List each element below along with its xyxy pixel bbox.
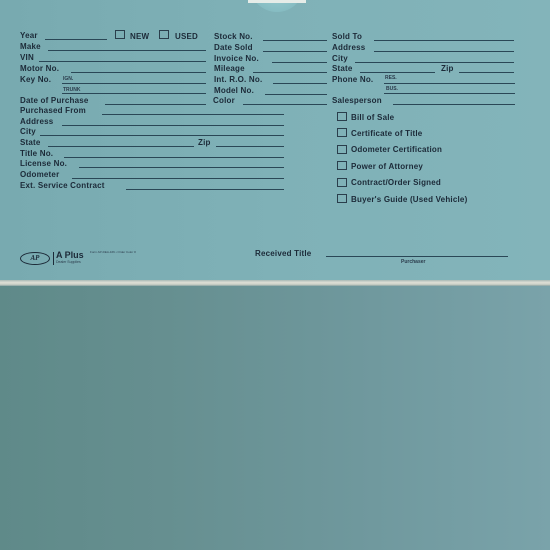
contract-order-signed-label: Contract/Order Signed — [351, 178, 441, 187]
certificate-of-title-checkbox[interactable] — [337, 128, 347, 137]
zip-label: Zip — [198, 138, 211, 147]
bill-of-sale-label: Bill of Sale — [351, 113, 394, 122]
buyer-address-label: Address — [332, 43, 365, 52]
color-field[interactable] — [243, 104, 327, 105]
stock-no-field[interactable] — [263, 40, 327, 41]
invoice-no-field[interactable] — [272, 62, 327, 63]
envelope-front-panel: Year NEW USED Make VIN Motor No. Key No.… — [0, 0, 550, 281]
buyer-state-label: State — [332, 64, 353, 73]
bus-label: BUS. — [386, 86, 398, 92]
stock-no-label: Stock No. — [214, 32, 253, 41]
buyers-guide-checkbox[interactable] — [337, 194, 347, 203]
envelope-back-flap — [0, 286, 550, 550]
odometer-label: Odometer — [20, 170, 59, 179]
zip-field[interactable] — [216, 146, 284, 147]
brand-name: A Plus — [56, 250, 84, 260]
notch-edge — [248, 0, 306, 3]
model-no-label: Model No. — [214, 86, 254, 95]
a-plus-logo-icon: AP — [20, 252, 50, 265]
key-ign-field[interactable] — [62, 83, 206, 84]
logo-divider — [53, 252, 54, 265]
buyers-guide-label: Buyer's Guide (Used Vehicle) — [351, 195, 467, 204]
license-no-label: License No. — [20, 159, 67, 168]
int-ro-no-label: Int. R.O. No. — [214, 75, 262, 84]
date-sold-label: Date Sold — [214, 43, 253, 52]
phone-res-field[interactable] — [384, 83, 515, 84]
model-no-field[interactable] — [265, 94, 327, 95]
license-no-field[interactable] — [79, 167, 284, 168]
buyer-address-field[interactable] — [374, 51, 514, 52]
city-field[interactable] — [40, 135, 284, 136]
motor-no-label: Motor No. — [20, 64, 59, 73]
mileage-field[interactable] — [253, 72, 327, 73]
year-field[interactable] — [45, 39, 107, 40]
date-sold-field[interactable] — [263, 51, 327, 52]
ign-label: IGN. — [63, 76, 73, 82]
color-label: Color — [213, 96, 235, 105]
buyer-city-field[interactable] — [355, 62, 514, 63]
contract-order-signed-checkbox[interactable] — [337, 178, 347, 187]
new-checkbox[interactable] — [115, 30, 125, 39]
phone-no-label: Phone No. — [332, 75, 373, 84]
res-label: RES. — [385, 75, 397, 81]
sold-to-label: Sold To — [332, 32, 362, 41]
purchaser-label: Purchaser — [401, 259, 425, 265]
motor-no-field[interactable] — [71, 72, 206, 73]
key-no-label: Key No. — [20, 75, 51, 84]
odometer-field[interactable] — [72, 178, 284, 179]
vin-label: VIN — [20, 53, 34, 62]
date-of-purchase-field[interactable] — [105, 104, 206, 105]
mileage-label: Mileage — [214, 64, 245, 73]
city-label: City — [20, 127, 36, 136]
received-title-label: Received Title — [255, 249, 311, 258]
invoice-no-label: Invoice No. — [214, 54, 259, 63]
vin-field[interactable] — [39, 61, 206, 62]
key-trunk-field[interactable] — [62, 93, 206, 94]
odometer-certification-label: Odometer Certification — [351, 145, 442, 154]
title-no-field[interactable] — [64, 157, 284, 158]
address-field[interactable] — [62, 125, 284, 126]
used-label: USED — [175, 32, 198, 41]
purchased-from-field[interactable] — [102, 114, 284, 115]
address-label: Address — [20, 117, 53, 126]
make-field[interactable] — [48, 50, 206, 51]
buyer-city-label: City — [332, 54, 348, 63]
year-label: Year — [20, 31, 38, 40]
buyer-zip-label: Zip — [441, 64, 454, 73]
bill-of-sale-checkbox[interactable] — [337, 112, 347, 121]
buyer-zip-field[interactable] — [459, 72, 514, 73]
date-of-purchase-label: Date of Purchase — [20, 96, 89, 105]
int-ro-no-field[interactable] — [273, 83, 327, 84]
odometer-certification-checkbox[interactable] — [337, 145, 347, 154]
ext-service-contract-field[interactable] — [126, 189, 284, 190]
new-label: NEW — [130, 32, 149, 41]
received-title-signature-field[interactable] — [326, 256, 508, 257]
make-label: Make — [20, 42, 41, 51]
phone-bus-field[interactable] — [384, 93, 515, 94]
used-checkbox[interactable] — [159, 30, 169, 39]
salesperson-field[interactable] — [393, 104, 515, 105]
purchased-from-label: Purchased From — [20, 106, 86, 115]
power-of-attorney-label: Power of Attorney — [351, 162, 423, 171]
title-no-label: Title No. — [20, 149, 53, 158]
state-label: State — [20, 138, 41, 147]
salesperson-label: Salesperson — [332, 96, 382, 105]
buyer-state-field[interactable] — [360, 72, 435, 73]
certificate-of-title-label: Certificate of Title — [351, 129, 422, 138]
ext-service-contract-label: Ext. Service Contract — [20, 181, 105, 190]
state-field[interactable] — [48, 146, 194, 147]
power-of-attorney-checkbox[interactable] — [337, 161, 347, 170]
sold-to-field[interactable] — [374, 40, 514, 41]
brand-tagline: Dealer Supplies — [56, 260, 81, 264]
form-fine-print: Form AP-DEA-166 • Order Color # — [90, 251, 170, 269]
